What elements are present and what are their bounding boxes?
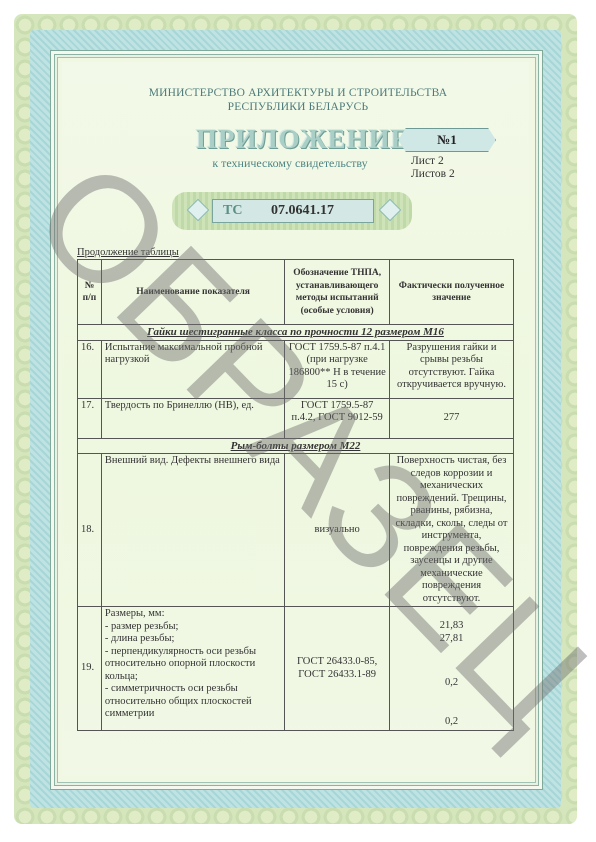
name-line: Размеры, мм:	[105, 608, 281, 621]
row-name: Внешний вид. Дефекты внешнего вида	[101, 454, 284, 607]
sheet-number: Лист 2	[411, 155, 455, 168]
row-name: Твердость по Бринеллю (НВ), ед.	[101, 398, 284, 438]
section-title: Рым-болты размером М22	[78, 438, 514, 454]
row-value: 277	[390, 398, 514, 438]
row-tnpa: ГОСТ 26433.0-85, ГОСТ 26433.1-89	[285, 607, 390, 731]
row-num: 17.	[78, 398, 102, 438]
issuing-authority: МИНИСТЕРСТВО АРХИТЕКТУРЫ И СТРОИТЕЛЬСТВА…	[0, 86, 596, 114]
header-tnpa: Обозначение ТНПА, устанавливающего метод…	[285, 260, 390, 325]
header-num: № п/п	[78, 260, 102, 325]
table-row: 18. Внешний вид. Дефекты внешнего вида в…	[78, 454, 514, 607]
table-row: 17. Твердость по Бринеллю (НВ), ед. ГОСТ…	[78, 398, 514, 438]
name-line: - длина резьбы;	[105, 633, 281, 646]
header-value: Фактически полученное значение	[390, 260, 514, 325]
sheet-info: Лист 2 Листов 2	[411, 155, 455, 181]
certificate-number-plate: ТС 07.0641.17	[212, 199, 374, 223]
table-row: 16. Испытание максимальной пробной нагру…	[78, 340, 514, 398]
document-subtitle: к техническому свидетельству	[160, 156, 420, 171]
table-continuation-label: Продолжение таблицы	[77, 247, 179, 258]
row-num: 16.	[78, 340, 102, 398]
row-name: Испытание максимальной пробной нагрузкой	[101, 340, 284, 398]
appendix-number-badge: №1	[398, 128, 496, 152]
tnpa-line: ГОСТ 26433.0-85,	[288, 656, 386, 669]
row-value: Поверхность чистая, без следов коррозии …	[390, 454, 514, 607]
sheets-total: Листов 2	[411, 168, 455, 181]
row-num: 19.	[78, 607, 102, 731]
value-line: 0,2	[393, 716, 510, 729]
name-line: - размер резьбы;	[105, 621, 281, 634]
row-name: Размеры, мм: - размер резьбы; - длина ре…	[101, 607, 284, 731]
certificate-number: 07.0641.17	[271, 203, 334, 219]
name-line: - симметричность оси резьбы относительно…	[105, 683, 281, 721]
row-value: 21,83 27,81 0,2 0,2	[390, 607, 514, 731]
value-line: 0,2	[393, 677, 510, 690]
value-line: 27,81	[393, 633, 510, 646]
ministry-line-2: РЕСПУБЛИКИ БЕЛАРУСЬ	[0, 100, 596, 114]
section-title: Гайки шестигранные класса по прочности 1…	[78, 325, 514, 341]
row-tnpa: ГОСТ 1759.5-87 п.4.1 (при нагрузке 18680…	[285, 340, 390, 398]
document-title: ПРИЛОЖЕНИЕ	[196, 124, 392, 155]
row-tnpa: ГОСТ 1759.5-87 п.4.2, ГОСТ 9012-59	[285, 398, 390, 438]
row-value: Разрушения гайки и срывы резьбы отсутств…	[390, 340, 514, 398]
ministry-line-1: МИНИСТЕРСТВО АРХИТЕКТУРЫ И СТРОИТЕЛЬСТВА	[0, 86, 596, 100]
tnpa-line: ГОСТ 26433.1-89	[288, 669, 386, 682]
test-results-table: № п/п Наименование показателя Обозначени…	[77, 259, 514, 731]
value-line: 21,83	[393, 620, 510, 633]
name-line: - перпендикулярность оси резьбы относите…	[105, 646, 281, 684]
certificate-type-label: ТС	[223, 203, 271, 219]
section-row: Гайки шестигранные класса по прочности 1…	[78, 325, 514, 341]
table-header-row: № п/п Наименование показателя Обозначени…	[78, 260, 514, 325]
table-row: 19. Размеры, мм: - размер резьбы; - длин…	[78, 607, 514, 731]
row-tnpa: визуально	[285, 454, 390, 607]
header-name: Наименование показателя	[101, 260, 284, 325]
section-row: Рым-болты размером М22	[78, 438, 514, 454]
row-num: 18.	[78, 454, 102, 607]
